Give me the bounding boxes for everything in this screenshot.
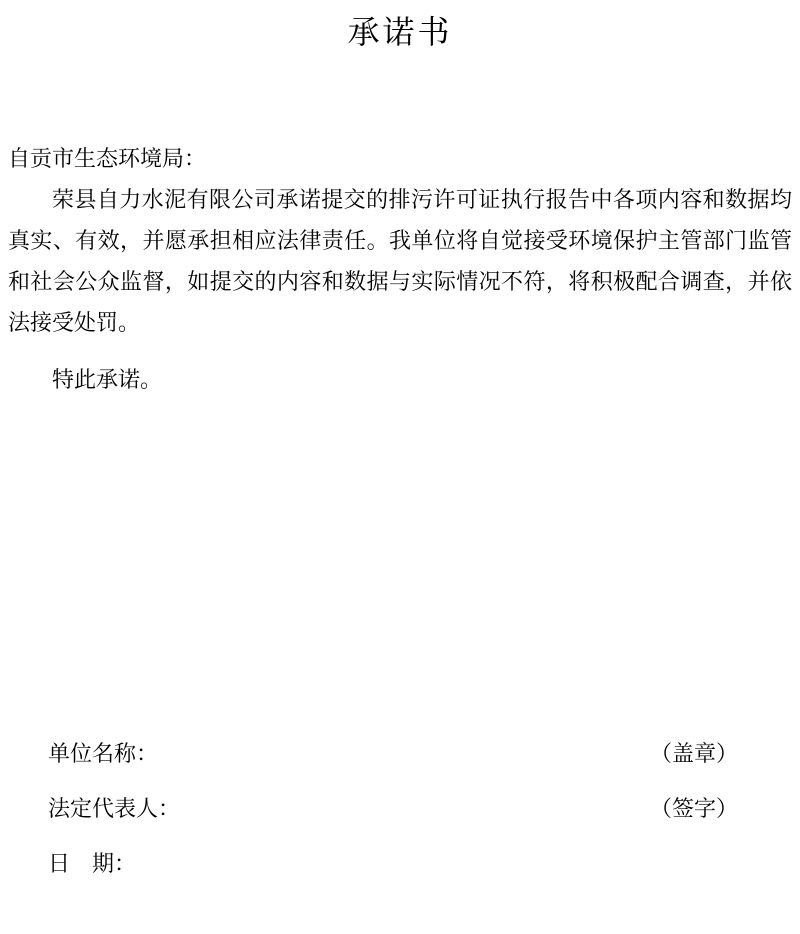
legal-representative-label: 法定代表人： xyxy=(48,795,180,823)
unit-name-label: 单位名称： xyxy=(48,740,158,768)
legal-representative-row: 法定代表人： （签字） xyxy=(48,795,738,823)
commitment-letter-page: 承诺书 自贡市生态环境局： 荣县自力水泥有限公司承诺提交的排污许可证执行报告中各… xyxy=(0,0,800,934)
signature-block: 单位名称： （盖章） 法定代表人： （签字） 日 期： xyxy=(48,740,738,905)
date-row: 日 期： xyxy=(48,850,738,878)
body-paragraph: 荣县自力水泥有限公司承诺提交的排污许可证执行报告中各项内容和数据均真实、有效，并… xyxy=(8,179,792,343)
closing-statement: 特此承诺。 xyxy=(8,359,792,400)
date-label: 日 期： xyxy=(48,850,136,878)
unit-name-row: 单位名称： （盖章） xyxy=(48,740,738,768)
seal-note: （盖章） xyxy=(650,740,738,768)
document-title: 承诺书 xyxy=(0,0,800,52)
salutation-line: 自贡市生态环境局： xyxy=(8,138,792,179)
signature-note: （签字） xyxy=(650,795,738,823)
